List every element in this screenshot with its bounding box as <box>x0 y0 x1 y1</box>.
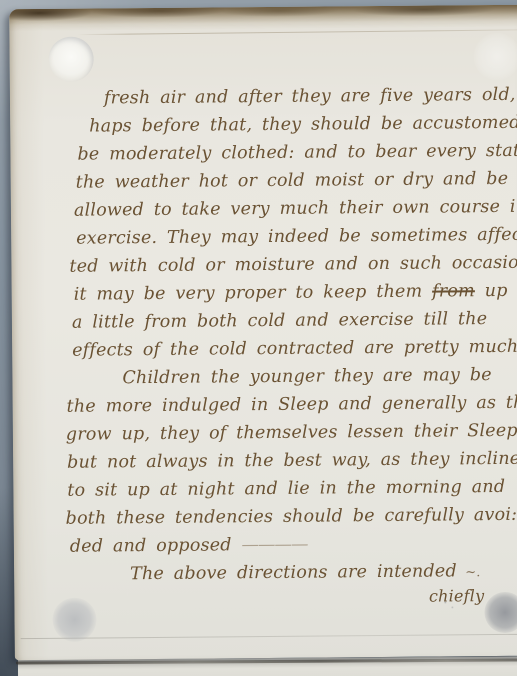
manuscript-line: exercise. They may indeed be sometimes a… <box>76 221 517 253</box>
manuscript-line: allowed to take very much their own cour… <box>74 193 517 225</box>
scanned-manuscript-view: fresh air and after they are five years … <box>0 0 517 676</box>
manuscript-line: but not always in the best way, as they … <box>67 445 517 477</box>
line-text: Children the younger they are may be <box>122 365 492 388</box>
line-text: ded and opposed <box>70 535 242 556</box>
manuscript-text: fresh air and after they are five years … <box>64 81 517 614</box>
line-text: effects of the cold contracted are prett… <box>72 336 517 360</box>
pen-dash: ———— <box>241 535 307 556</box>
line-text: haps before that, they should be accusto… <box>89 113 517 137</box>
line-text: to sit up at night and lie in the mornin… <box>67 477 505 501</box>
manuscript-line: the more indulged in Sleep and generally… <box>67 389 517 421</box>
manuscript-line: ded and opposed ———— <box>70 529 517 561</box>
line-text: allowed to take very much their own cour… <box>74 197 517 221</box>
manuscript-line: the weather hot or cold moist or dry and… <box>76 165 517 197</box>
manuscript-line: ted with cold or moisture and on such oc… <box>69 249 517 281</box>
line-text: chiefly <box>429 586 485 605</box>
manuscript-line: it may be very proper to keep them from … <box>74 277 517 309</box>
manuscript-line: grow up, they of themselves lessen their… <box>66 417 517 449</box>
manuscript-line: fresh air and after they are five years … <box>104 81 516 113</box>
line-text: exercise. They may indeed be sometimes a… <box>76 225 517 249</box>
line-text: grow up, they of themselves lessen their… <box>66 421 517 445</box>
wafer-seal-top-left <box>48 37 93 82</box>
struck-word: from <box>432 281 475 301</box>
line-text: up <box>475 281 508 301</box>
line-text: ted with cold or moisture and on such oc… <box>69 253 517 277</box>
manuscript-line: both these tendencies should be carefull… <box>65 501 517 533</box>
line-text: the more indulged in Sleep and generally… <box>67 393 517 417</box>
pen-flourish: ~. <box>457 565 481 580</box>
line-text: but not always in the best way, as they … <box>67 449 517 473</box>
line-text: both these tendencies should be carefull… <box>66 505 517 529</box>
manuscript-line: be moderately clothed: and to bear every… <box>77 137 516 169</box>
manuscript-line: to sit up at night and lie in the mornin… <box>67 473 517 505</box>
stained-top-edge <box>9 5 517 31</box>
line-text: The above directions are intended <box>130 561 457 584</box>
manuscript-line: a little from both cold and exercise til… <box>72 305 517 337</box>
line-text: a little from both cold and exercise til… <box>72 309 488 333</box>
top-crease-line <box>77 29 517 35</box>
line-text: the weather hot or cold moist or dry and… <box>76 169 509 193</box>
bottom-crease-line <box>21 634 517 639</box>
manuscript-line: effects of the cold contracted are prett… <box>72 333 517 365</box>
manuscript-line: haps before that, they should be accusto… <box>89 109 516 141</box>
line-text: it may be very proper to keep them <box>74 282 433 305</box>
manuscript-line: Children the younger they are may be <box>122 361 517 392</box>
wafer-seal-top-right <box>473 33 517 80</box>
line-text: fresh air and after they are five years … <box>104 84 517 108</box>
line-text: be moderately clothed: and to bear every… <box>77 140 517 164</box>
manuscript-page: fresh air and after they are five years … <box>9 5 517 660</box>
